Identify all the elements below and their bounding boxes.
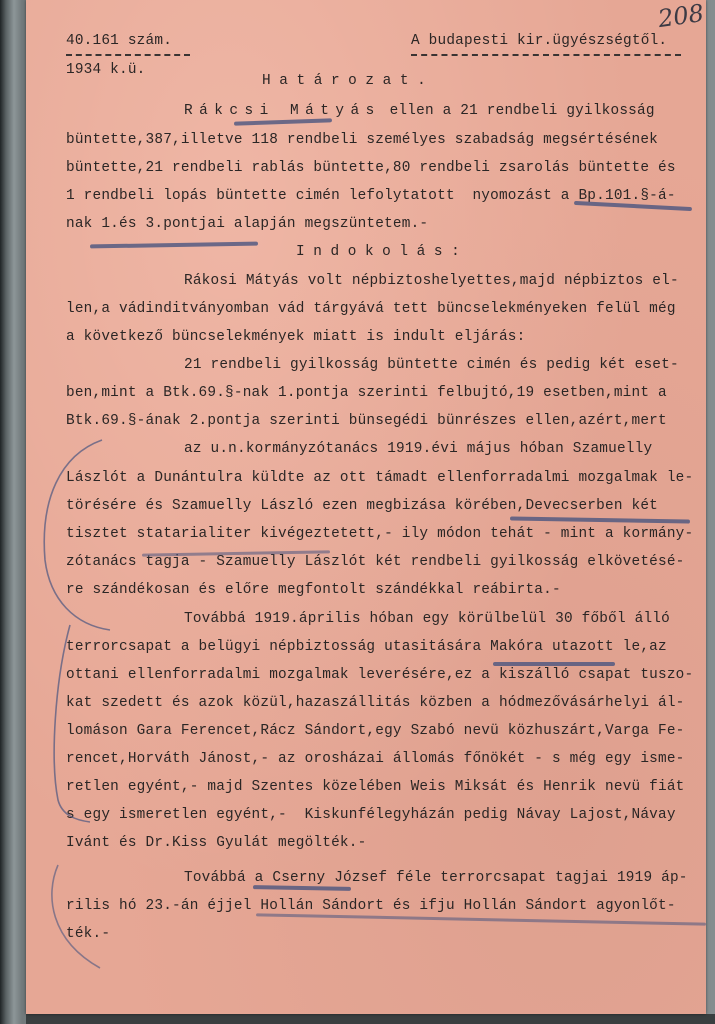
section-heading: Indokolás: <box>296 244 468 261</box>
reference-number: 40.161 szám. <box>66 33 172 50</box>
reasoning-line: Rákosi Mátyás volt népbiztoshelyettes,ma… <box>184 273 679 290</box>
reasoning-line: len,a vádinditványomban vád tárgyává tet… <box>66 301 676 318</box>
issuer: A budapesti kir.ügyészségtől. <box>411 33 667 50</box>
reasoning-line: kat szedett és azok közül,hazaszállitás … <box>66 695 685 712</box>
reasoning-line: lomáson Gara Ferencet,Rácz Sándort,egy S… <box>66 723 685 740</box>
reasoning-line: retlen egyént,- majd Szentes közelében W… <box>66 779 685 796</box>
reasoning-line: az u.n.kormányzótanács 1919.évi május hó… <box>184 441 652 458</box>
reasoning-line: rencet,Horváth Jánost,- az orosházai áll… <box>66 751 685 768</box>
decision-line-1: Rákcsi Mátyás ellen a 21 rendbeli gyilko… <box>184 103 655 120</box>
decision-line-5: nak 1.és 3.pontjai alapján megszüntetem.… <box>66 216 428 233</box>
reasoning-line: Ivánt és Dr.Kiss Gyulát megölték.- <box>66 835 366 852</box>
reasoning-line: re szándékosan és előre megfontolt szánd… <box>66 582 561 599</box>
reasoning-line: tisztet statarialiter kivégeztetett,- il… <box>66 526 693 543</box>
reasoning-line: terrorcsapat a belügyi népbiztosság utas… <box>66 639 667 656</box>
reasoning-line: ték.- <box>66 926 110 943</box>
reasoning-line: Lászlót a Dunántulra küldte az ott támad… <box>66 470 693 487</box>
year-mark: 1934 k.ü. <box>66 62 146 79</box>
reasoning-line: törésére és Szamuelly László ezen megbiz… <box>66 498 658 515</box>
decision-line-3: büntette,21 rendbeli rablás büntette,80 … <box>66 160 676 177</box>
reasoning-line: s egy ismeretlen egyént,- Kiskunfélegyhá… <box>66 807 676 824</box>
header-rule-left <box>66 54 190 56</box>
reasoning-line: Továbbá 1919.április hóban egy körülbelü… <box>184 611 670 628</box>
document-title: Határozat. <box>262 73 434 90</box>
header-rule-right <box>411 54 681 56</box>
scanner-edge-bottom <box>26 1014 715 1024</box>
reasoning-line: Btk.69.§-ának 2.pontja szerinti bünsegéd… <box>66 413 667 430</box>
decision-line-2: büntette,387,illetve 118 rendbeli személ… <box>66 132 658 149</box>
reasoning-line: 21 rendbeli gyilkosság büntette cimén és… <box>184 357 679 374</box>
reasoning-line: ottani ellenforradalmi mozgalmak leverés… <box>66 667 693 684</box>
reasoning-line: zótanács tagja - Szamuelly Lászlót két r… <box>66 554 685 571</box>
reasoning-line: ben,mint a Btk.69.§-nak 1.pontja szerint… <box>66 385 667 402</box>
reasoning-line: rilis hó 23.-án éjjel Hollán Sándort és … <box>66 898 676 915</box>
scanner-edge-right <box>706 0 715 1024</box>
pencil-underline <box>493 662 615 666</box>
reasoning-line: a következő büncselekmények miatt is ind… <box>66 329 525 346</box>
